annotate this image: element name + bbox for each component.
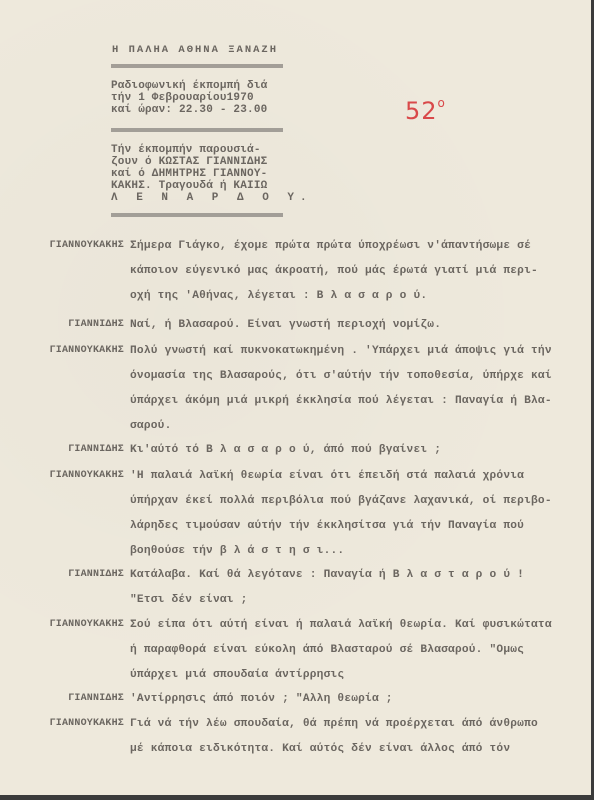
speaker-name: ΓΙΑΝΝΙΔΗΣ [4, 569, 124, 580]
speaker-name: ΓΙΑΝΝΙΔΗΣ [4, 693, 124, 704]
presenters-line: ζουν ό ΚΩΣΤΑΣ ΓΙΑΝΝΙΔΗΣ [111, 156, 313, 168]
dialogue-line: κάποιον εύγενικό μας άκροατή, πού μάς έρ… [130, 265, 538, 277]
dialogue-line: Κι'αύτό τό Β λ α σ α ρ ο ύ, άπό πού βγαί… [130, 444, 441, 456]
dialogue-line: λάρηδες τιμούσαν αύτήν τήν έκκλησίτσα γι… [130, 520, 524, 532]
divider-rule [111, 128, 283, 132]
presenters-line: Λ Ε Ν Α Ρ Δ Ο Υ. [111, 192, 313, 204]
presenters-info: Τήν έκπομπήν παρουσιά- ζουν ό ΚΩΣΤΑΣ ΓΙΑ… [111, 144, 313, 204]
broadcast-info-line: καί ώραν: 22.30 - 23.00 [111, 104, 267, 116]
presenters-line: Τήν έκπομπήν παρουσιά- [111, 144, 313, 156]
program-title: Η ΠΑΛΗΑ ΑΘΗΝΑ ΞΑΝΑΖΗ [112, 44, 278, 56]
divider-rule [111, 213, 283, 217]
speaker-name: ΓΙΑΝΝΟΥΚΑΚΗΣ [4, 619, 124, 630]
speaker-name: ΓΙΑΝΝΟΥΚΑΚΗΣ [4, 345, 124, 356]
dialogue-line: οχή της 'Αθήνας, λέγεται : Β λ α σ α ρ ο… [130, 290, 427, 302]
divider-rule [111, 64, 283, 68]
speaker-name: ΓΙΑΝΝΟΥΚΑΚΗΣ [4, 718, 124, 729]
typewritten-page: Η ΠΑΛΗΑ ΑΘΗΝΑ ΞΑΝΑΖΗ Ραδιοφωνική έκπομπή… [0, 0, 591, 795]
dialogue-line: Ναί, ή Βλασαρού. Είναι γνωστή περιοχή νο… [130, 319, 441, 331]
dialogue-line: βοηθούσε τήν β λ ά σ τ η σ ι... [130, 545, 344, 557]
presenters-line: καί ό ΔΗΜΗΤΡΗΣ ΓΙΑΝΝΟΥ- [111, 168, 313, 180]
handwritten-page-number: 52ο [405, 96, 446, 125]
dialogue-line: μέ κάποια ειδικότητα. Καί αύτός δέν είνα… [130, 743, 510, 755]
dialogue-line: Σού είπα ότι αύτή είναι ή παλαιά λαϊκή θ… [130, 619, 552, 631]
dialogue-line: 'Η παλαιά λαϊκή θεωρία είναι ότι έπειδή … [130, 470, 524, 482]
dialogue-line: Πολύ γνωστή καί πυκνοκατωκημένη . 'Υπάρχ… [130, 345, 552, 357]
dialogue-line: Γιά νά τήν λέω σπουδαία, θά πρέπη νά προ… [130, 718, 538, 730]
broadcast-info: Ραδιοφωνική έκπομπή διά τήν 1 Φεβρουαρίο… [111, 80, 267, 116]
dialogue-line: ή παραφθορά είναι εύκολη άπό Βλασταρού σ… [130, 644, 524, 656]
speaker-name: ΓΙΑΝΝΙΔΗΣ [4, 444, 124, 455]
dialogue-line: όνομασία της Βλασαρούς, ότι σ'αύτήν τήν … [130, 370, 552, 382]
presenters-line: ΚΑΚΗΣ. Τραγουδά ή ΚΑΙΙΩ [111, 180, 313, 192]
speaker-name: ΓΙΑΝΝΙΔΗΣ [4, 319, 124, 330]
dialogue-line: Κατάλαβα. Καί θά λεγότανε : Παναγία ή Β … [130, 569, 524, 581]
speaker-name: ΓΙΑΝΝΟΥΚΑΚΗΣ [4, 240, 124, 251]
dialogue-line: ύπάρχει άκόμη μιά μικρή έκκλησία πού λέγ… [130, 395, 552, 407]
broadcast-info-line: τήν 1 Φεβρουαρίου1970 [111, 92, 267, 104]
dialogue-line: 'Αντίρρησις άπό ποιόν ; "Αλλη θεωρία ; [130, 693, 393, 705]
dialogue-line: σαρού. [130, 420, 171, 432]
speaker-name: ΓΙΑΝΝΟΥΚΑΚΗΣ [4, 470, 124, 481]
dialogue-line: Σήμερα Γιάγκο, έχομε πρώτα πρώτα ύποχρέω… [130, 240, 531, 252]
broadcast-info-line: Ραδιοφωνική έκπομπή διά [111, 80, 267, 92]
dialogue-line: "Ετσι δέν είναι ; [130, 594, 248, 606]
dialogue-line: ύπήρχαν έκεί πολλά περιβόλια πού βγάζανε… [130, 495, 552, 507]
dialogue-line: ύπάρχει μιά σπουδαία άντίρρησις [130, 669, 344, 681]
